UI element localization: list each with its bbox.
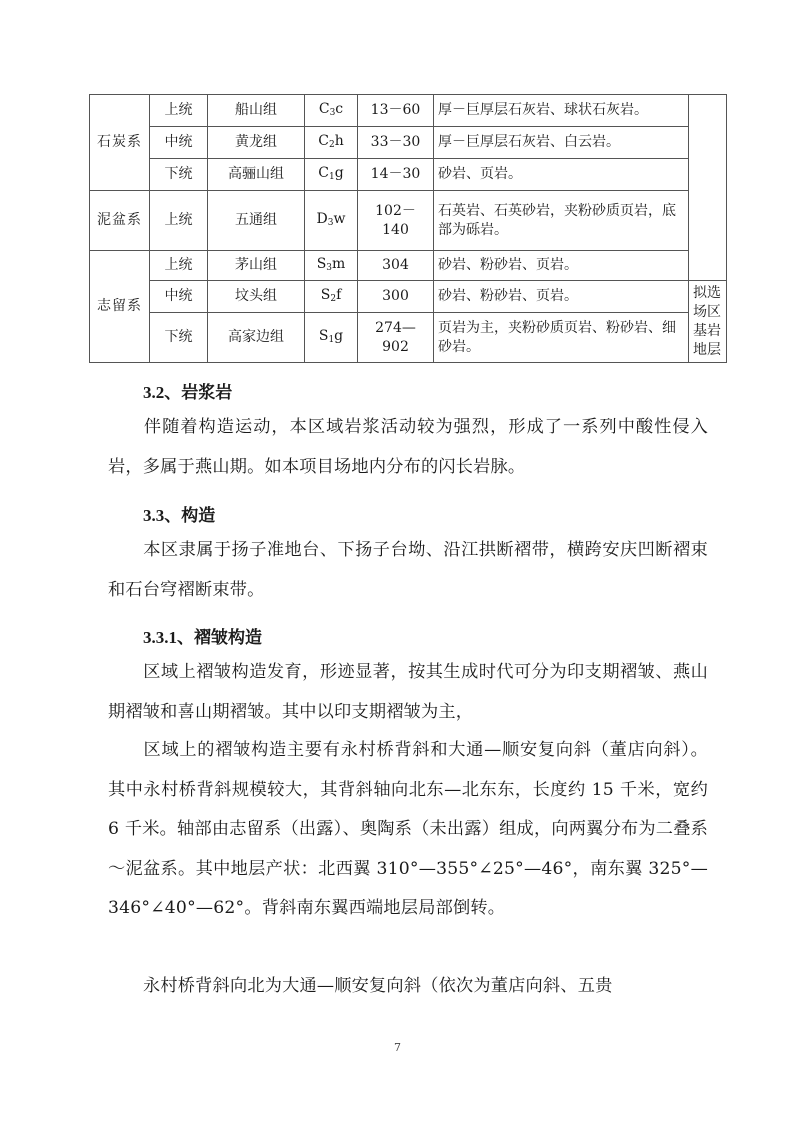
thickness-cell: 304 xyxy=(358,251,434,281)
thickness-cell: 14－30 xyxy=(358,159,434,191)
remark-cell-empty xyxy=(689,95,727,281)
system-cell: 石炭系 xyxy=(90,95,150,191)
series-cell: 下统 xyxy=(150,159,208,191)
table-row: 中统 黄龙组 C2h 33－30 厚－巨厚层石灰岩、白云岩。 xyxy=(90,127,727,159)
code-cell: C1g xyxy=(305,159,358,191)
code-cell: S2f xyxy=(305,281,358,313)
table-row: 泥盆系 上统 五通组 D3w 102－140 石英岩、石英砂岩，夹粉砂质页岩，底… xyxy=(90,191,727,251)
paragraph: 区域上的褶皱构造主要有永村桥背斜和大通—顺安复向斜（董店向斜）。其中永村桥背斜规… xyxy=(108,731,708,929)
code-cell: S3m xyxy=(305,251,358,281)
series-cell: 上统 xyxy=(150,191,208,251)
formation-cell: 高家边组 xyxy=(208,313,305,363)
lithology-cell: 页岩为主，夹粉砂质页岩、粉砂岩、细砂岩。 xyxy=(434,313,689,363)
stratigraphy-table: 石炭系 上统 船山组 C3c 13－60 厚－巨厚层石灰岩、球状石灰岩。 中统 … xyxy=(89,94,727,363)
formation-cell: 黄龙组 xyxy=(208,127,305,159)
thickness-cell: 300 xyxy=(358,281,434,313)
lithology-cell: 砂岩、页岩。 xyxy=(434,159,689,191)
table-row: 志留系 上统 茅山组 S3m 304 砂岩、粉砂岩、页岩。 xyxy=(90,251,727,281)
section-heading-3-3-1: 3.3.1、褶皱构造 xyxy=(143,623,262,648)
document-page: 石炭系 上统 船山组 C3c 13－60 厚－巨厚层石灰岩、球状石灰岩。 中统 … xyxy=(0,0,793,1122)
lithology-cell: 石英岩、石英砂岩，夹粉砂质页岩，底部为砾岩。 xyxy=(434,191,689,251)
table-row: 下统 高骊山组 C1g 14－30 砂岩、页岩。 xyxy=(90,159,727,191)
thickness-cell: 13－60 xyxy=(358,95,434,127)
section-heading-3-3: 3.3、构造 xyxy=(143,501,215,526)
series-cell: 中统 xyxy=(150,127,208,159)
code-cell: S1g xyxy=(305,313,358,363)
lithology-cell: 砂岩、粉砂岩、页岩。 xyxy=(434,251,689,281)
formation-cell: 五通组 xyxy=(208,191,305,251)
series-cell: 中统 xyxy=(150,281,208,313)
formation-cell: 船山组 xyxy=(208,95,305,127)
lithology-cell: 砂岩、粉砂岩、页岩。 xyxy=(434,281,689,313)
series-cell: 上统 xyxy=(150,95,208,127)
paragraph: 伴随着构造运动，本区域岩浆活动较为强烈，形成了一系列中酸性侵入岩，多属于燕山期。… xyxy=(108,408,708,487)
code-cell: C2h xyxy=(305,127,358,159)
table-row: 下统 高家边组 S1g 274—902 页岩为主，夹粉砂质页岩、粉砂岩、细砂岩。 xyxy=(90,313,727,363)
code-cell: D3w xyxy=(305,191,358,251)
page-number: 7 xyxy=(394,1041,401,1054)
system-cell: 泥盆系 xyxy=(90,191,150,251)
thickness-cell: 33－30 xyxy=(358,127,434,159)
code-cell: C3c xyxy=(305,95,358,127)
section-heading-3-2: 3.2、岩浆岩 xyxy=(143,378,232,403)
formation-cell: 茅山组 xyxy=(208,251,305,281)
thickness-cell: 102－140 xyxy=(358,191,434,251)
table-row: 中统 坟头组 S2f 300 砂岩、粉砂岩、页岩。 拟选场区基岩地层 xyxy=(90,281,727,313)
remark-cell: 拟选场区基岩地层 xyxy=(689,281,727,363)
paragraph: 区域上褶皱构造发育，形迹显著，按其生成时代可分为印支期褶皱、燕山期褶皱和喜山期褶… xyxy=(108,653,708,732)
paragraph: 永村桥背斜向北为大通—顺安复向斜（依次为董店向斜、五贵 xyxy=(108,967,708,1007)
lithology-cell: 厚－巨厚层石灰岩、球状石灰岩。 xyxy=(434,95,689,127)
series-cell: 下统 xyxy=(150,313,208,363)
series-cell: 上统 xyxy=(150,251,208,281)
lithology-cell: 厚－巨厚层石灰岩、白云岩。 xyxy=(434,127,689,159)
formation-cell: 高骊山组 xyxy=(208,159,305,191)
formation-cell: 坟头组 xyxy=(208,281,305,313)
system-cell: 志留系 xyxy=(90,251,150,363)
table-row: 石炭系 上统 船山组 C3c 13－60 厚－巨厚层石灰岩、球状石灰岩。 xyxy=(90,95,727,127)
thickness-cell: 274—902 xyxy=(358,313,434,363)
paragraph: 本区隶属于扬子准地台、下扬子台坳、沿江拱断褶带，横跨安庆凹断褶束和石台穹褶断束带… xyxy=(108,531,708,610)
